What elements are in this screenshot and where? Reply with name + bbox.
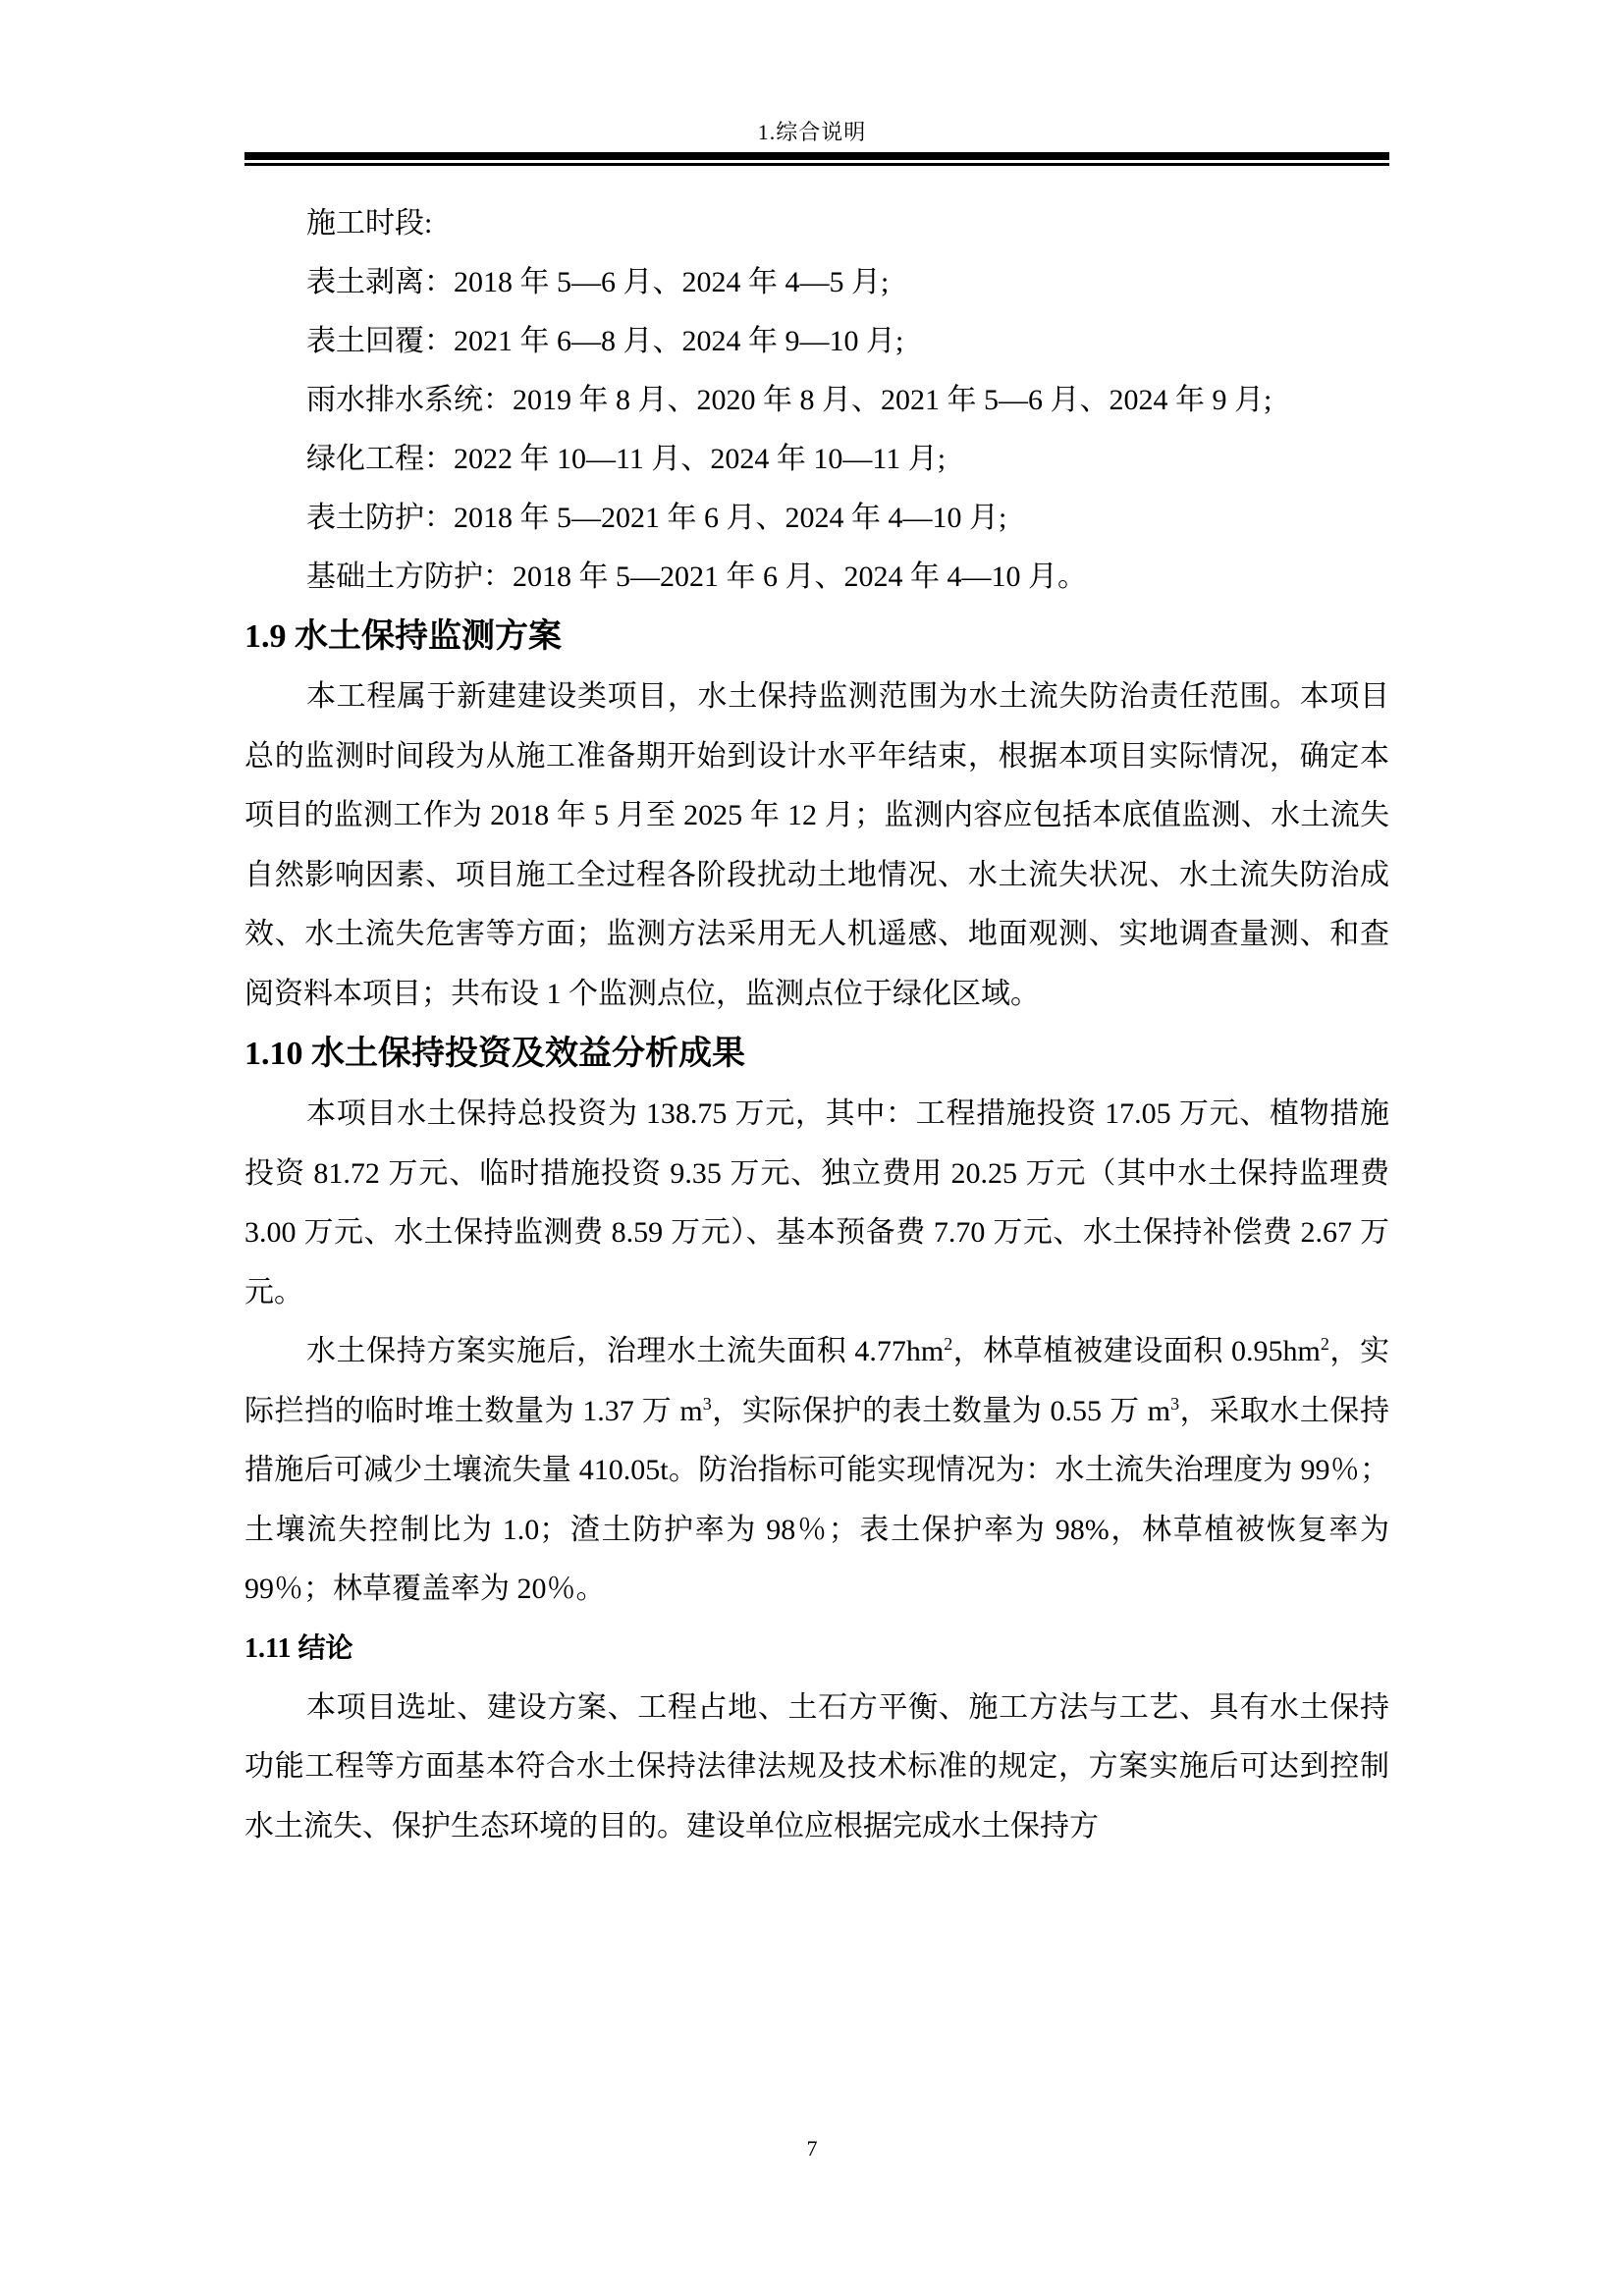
section-heading-1-9: 1.9 水土保持监测方案 <box>244 607 1389 667</box>
benefit-text-4: ，实际保护的表土数量为 0.55 万 m <box>712 1395 1170 1427</box>
monitoring-plan-paragraph: 本工程属于新建建设类项目，水土保持监测范围为水土流失防治责任范围。本项目总的监测… <box>244 667 1389 1024</box>
page-body: 施工时段: 表土剥离：2018 年 5—6 月、2024 年 4—5 月; 表土… <box>244 194 1389 1856</box>
benefit-text-1: 水土保持方案实施后，治理水土流失面积 4.77hm <box>306 1335 944 1367</box>
superscript: 3 <box>703 1394 712 1414</box>
superscript: 2 <box>944 1334 952 1354</box>
schedule-item-topsoil-protection: 表土防护：2018 年 5—2021 年 6 月、2024 年 4—10 月; <box>244 489 1389 548</box>
page-number: 7 <box>0 2136 1624 2162</box>
header-rule-thick <box>244 152 1389 160</box>
schedule-item-topsoil-stripping: 表土剥离：2018 年 5—6 月、2024 年 4—5 月; <box>244 253 1389 312</box>
schedule-heading: 施工时段: <box>244 194 1389 253</box>
conclusion-paragraph: 本项目选址、建设方案、工程占地、土石方平衡、施工方法与工艺、具有水土保持功能工程… <box>244 1679 1389 1857</box>
running-header: 1.综合说明 <box>0 116 1624 146</box>
investment-paragraph: 本项目水土保持总投资为 138.75 万元，其中：工程措施投资 17.05 万元… <box>244 1085 1389 1322</box>
benefit-text-2: ，林草植被建设面积 0.95hm <box>952 1335 1321 1367</box>
benefit-paragraph: 水土保持方案实施后，治理水土流失面积 4.77hm2，林草植被建设面积 0.95… <box>244 1322 1389 1620</box>
schedule-item-rainwater-drainage: 雨水排水系统：2019 年 8 月、2020 年 8 月、2021 年 5—6 … <box>244 371 1389 430</box>
section-heading-1-11: 1.11 结论 <box>244 1620 1389 1679</box>
schedule-item-foundation-earthwork-protection: 基础土方防护：2018 年 5—2021 年 6 月、2024 年 4—10 月… <box>244 548 1389 607</box>
schedule-item-greening: 绿化工程：2022 年 10—11 月、2024 年 10—11 月; <box>244 430 1389 489</box>
schedule-item-topsoil-backfill: 表土回覆：2021 年 6—8 月、2024 年 9—10 月; <box>244 312 1389 371</box>
superscript: 2 <box>1321 1334 1329 1354</box>
section-heading-1-10: 1.10 水土保持投资及效益分析成果 <box>244 1024 1389 1085</box>
superscript: 3 <box>1170 1394 1179 1414</box>
header-rule-thin <box>244 163 1389 166</box>
